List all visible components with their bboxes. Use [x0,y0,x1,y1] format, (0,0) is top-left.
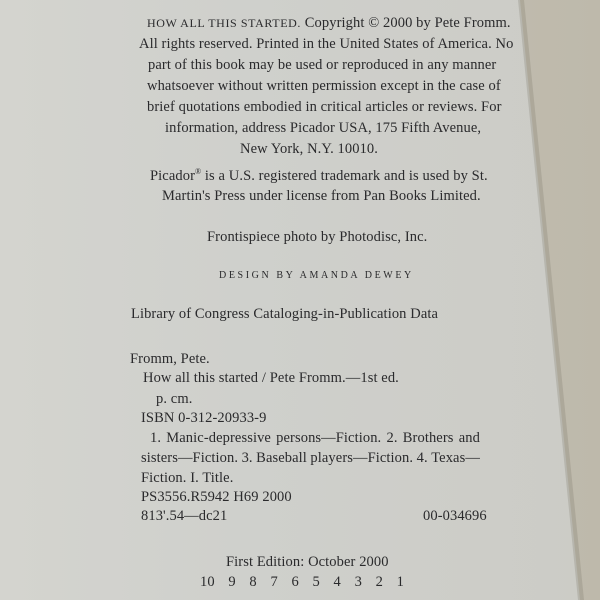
brand-name: Picador [150,168,195,184]
cip-isbn: ISBN 0-312-20933-9 [141,409,266,427]
cip-subjects-line-3: Fiction. I. Title. [141,469,233,487]
book-title-smallcaps: how all this started. [147,16,301,30]
frontispiece-credit: Frontispiece photo by Photodisc, Inc. [207,228,427,246]
trademark-line-2: Martin's Press under license from Pan Bo… [162,187,481,205]
cip-subjects-line-1: 1. Manic-depressive persons—Fiction. 2. … [150,429,480,447]
copyright-line-6: information, address Picador USA, 175 Fi… [165,119,481,137]
copyright-line-2: All rights reserved. Printed in the Unit… [139,35,513,53]
cip-title-line: How all this started / Pete Fromm.—1st e… [143,369,399,387]
copyright-line-1: how all this started. Copyright © 2000 b… [147,14,511,32]
copyright-line-4: whatsoever without written permission ex… [147,77,501,95]
design-credit: Design by Amanda Dewey [219,267,414,285]
copyright-line-7: New York, N.Y. 10010. [240,140,378,158]
copyright-line-5: brief quotations embodied in critical ar… [147,98,502,116]
trademark-line-1: Picador® is a U.S. registered trademark … [150,167,488,185]
edition-label: First Edition: October 2000 [226,553,389,571]
cip-heading: Library of Congress Cataloging-in-Public… [131,305,438,323]
copyright-line-3: part of this book may be used or reprodu… [148,56,496,74]
cip-lc-class: PS3556.R5942 H69 2000 [141,488,292,506]
cip-subjects-line-2: sisters—Fiction. 3. Baseball players—Fic… [141,449,480,467]
printing-line: 10 9 8 7 6 5 4 3 2 1 [200,573,404,591]
cip-lccn: 00-034696 [423,507,487,525]
cip-author: Fromm, Pete. [130,350,210,368]
cip-physical: p. cm. [156,390,192,408]
cip-dewey: 813'.54—dc21 [141,507,227,525]
